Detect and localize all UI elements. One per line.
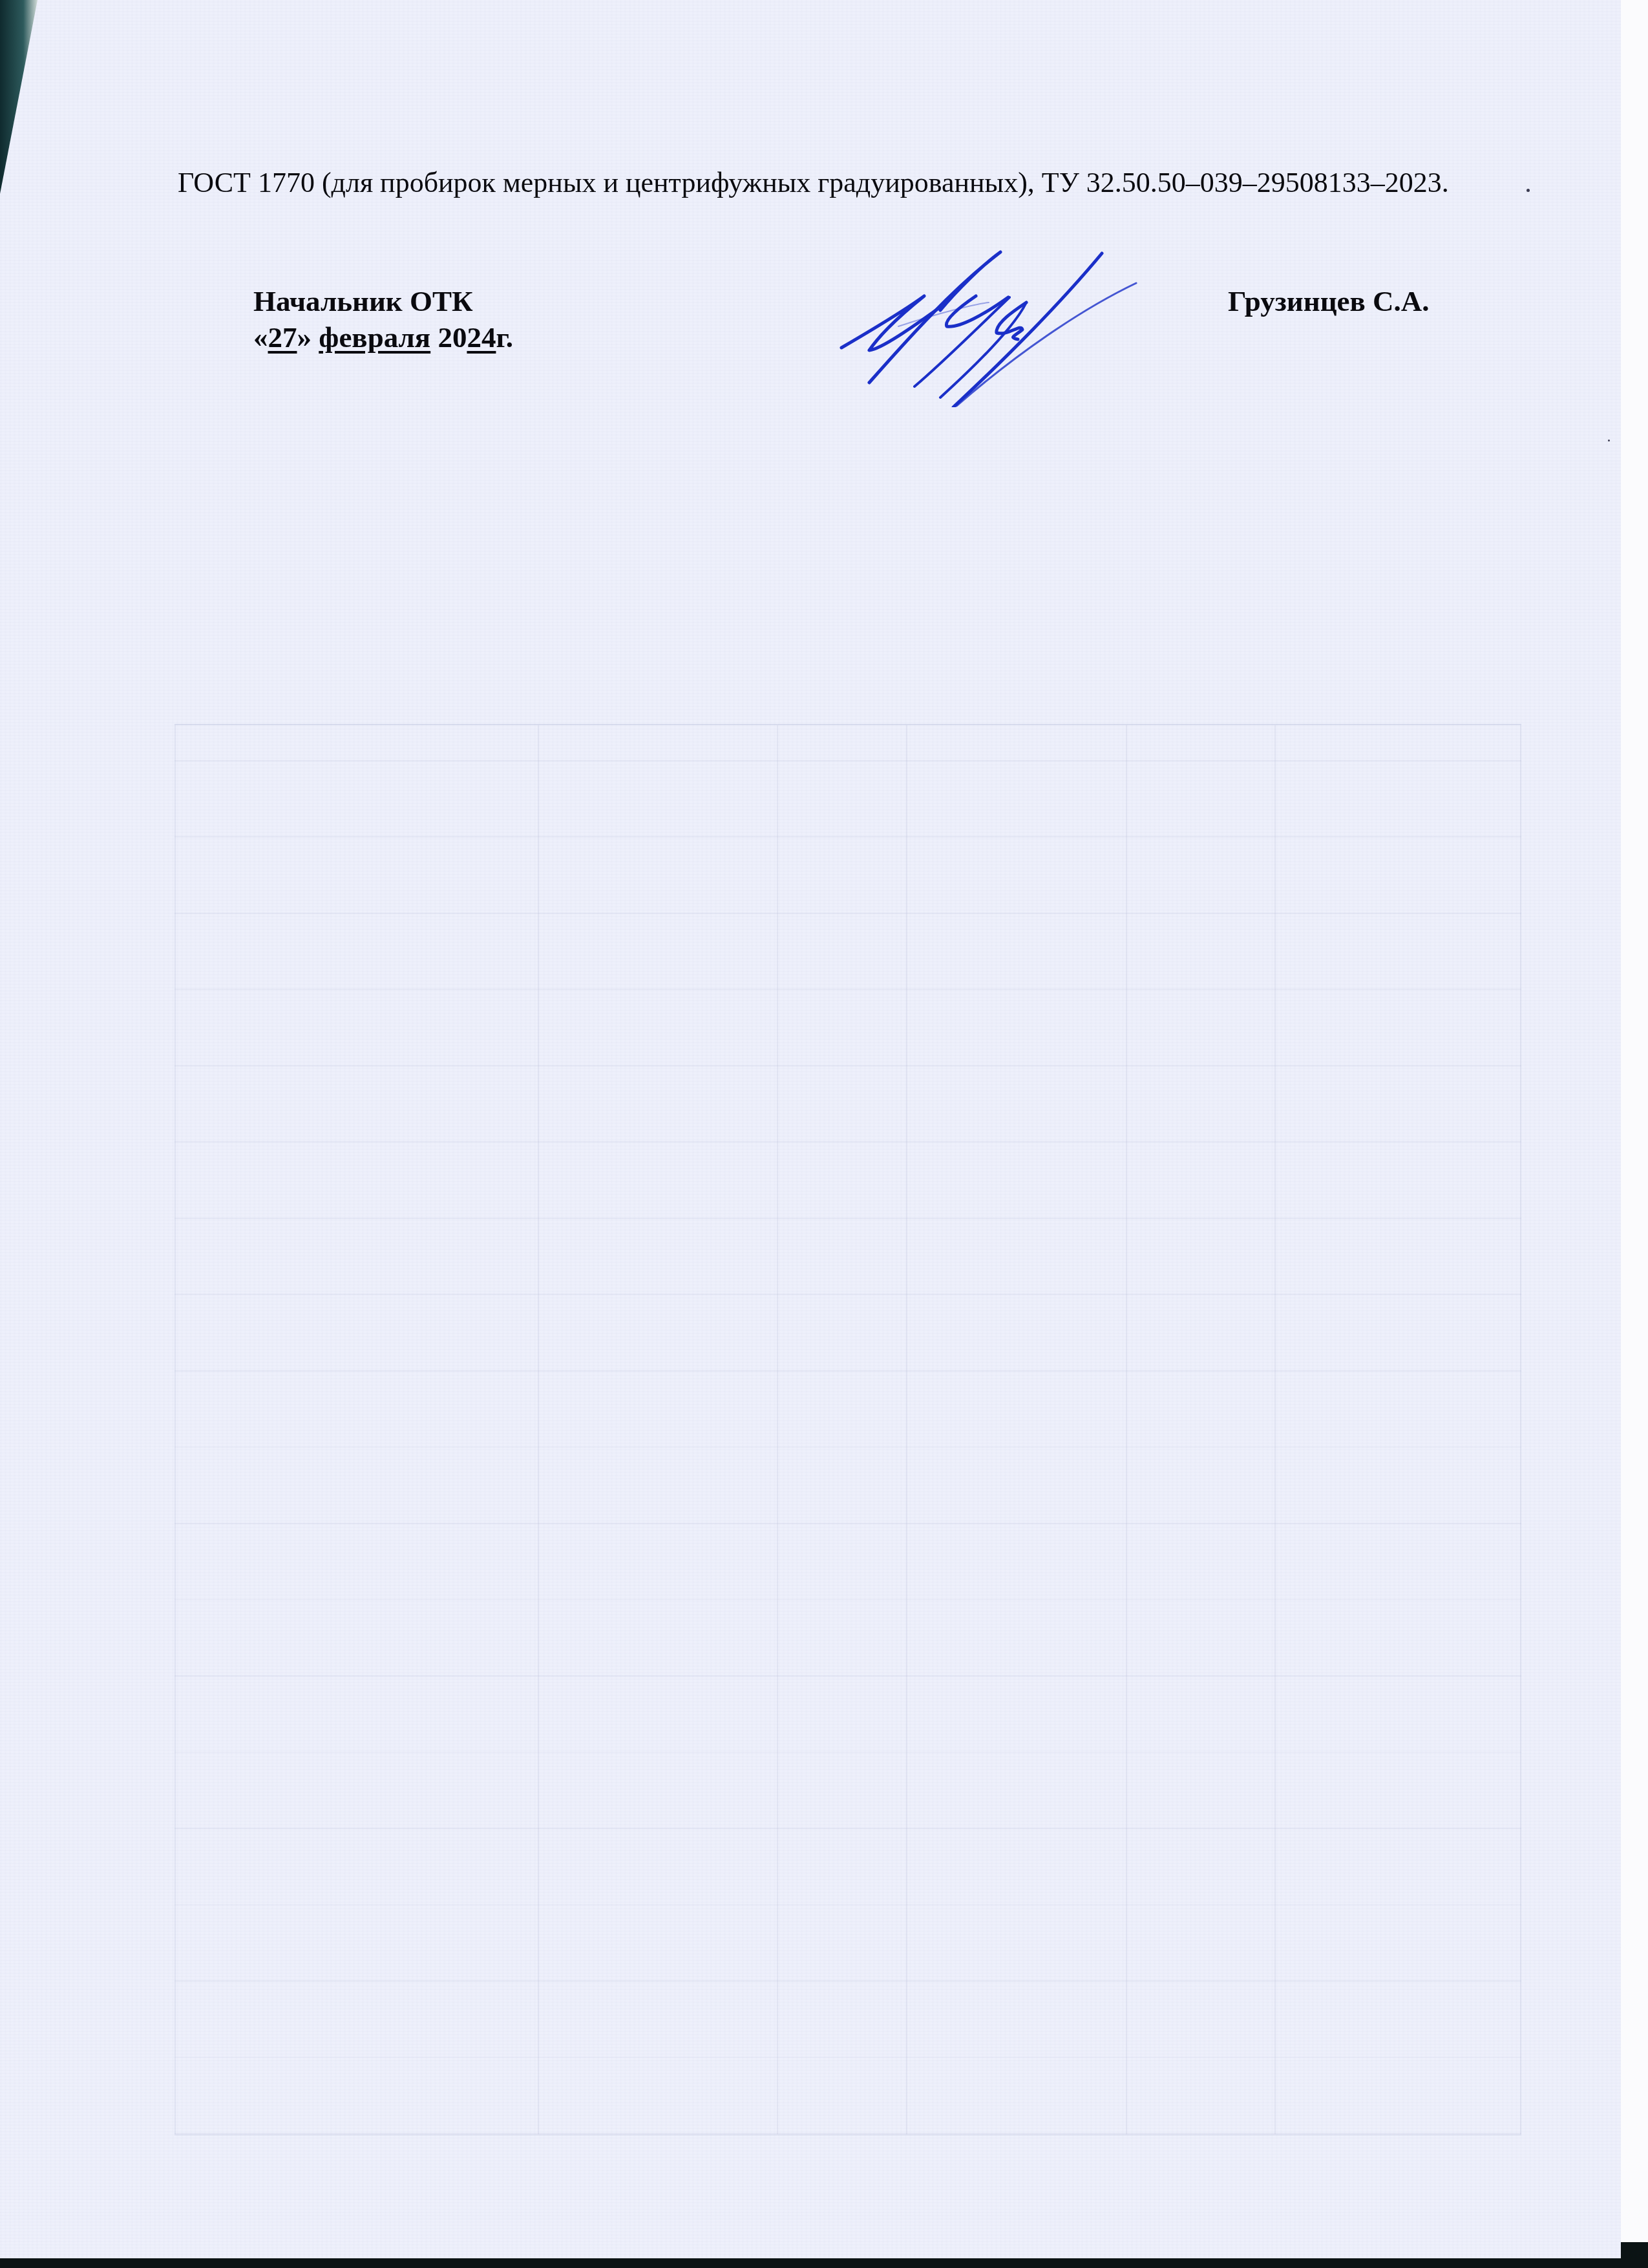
date-day: 27 [268, 321, 297, 354]
date-year-suffix: 24 [467, 321, 496, 354]
handwritten-signature [821, 239, 1157, 407]
signature-block-left: Начальник ОТК «27» февраля 2024г. [253, 283, 513, 355]
date-month: февраля [319, 321, 430, 354]
document-page [0, 0, 1621, 2258]
scan-speck [1608, 440, 1610, 441]
standards-paragraph: ГОСТ 1770 (для пробирок мерных и центриф… [178, 165, 1535, 201]
scan-speck [1527, 189, 1530, 192]
position-title: Начальник ОТК [253, 283, 513, 319]
signer-name: Грузинцев С.А. [1228, 283, 1430, 319]
date-open-quote: « [253, 321, 268, 354]
bleed-through-table [174, 724, 1521, 2136]
date-year-prefix: 20 [438, 321, 467, 354]
date-close-quote: » [297, 321, 312, 354]
date-year-unit: г. [496, 321, 513, 354]
signature-date: «27» февраля 2024г. [253, 319, 513, 355]
